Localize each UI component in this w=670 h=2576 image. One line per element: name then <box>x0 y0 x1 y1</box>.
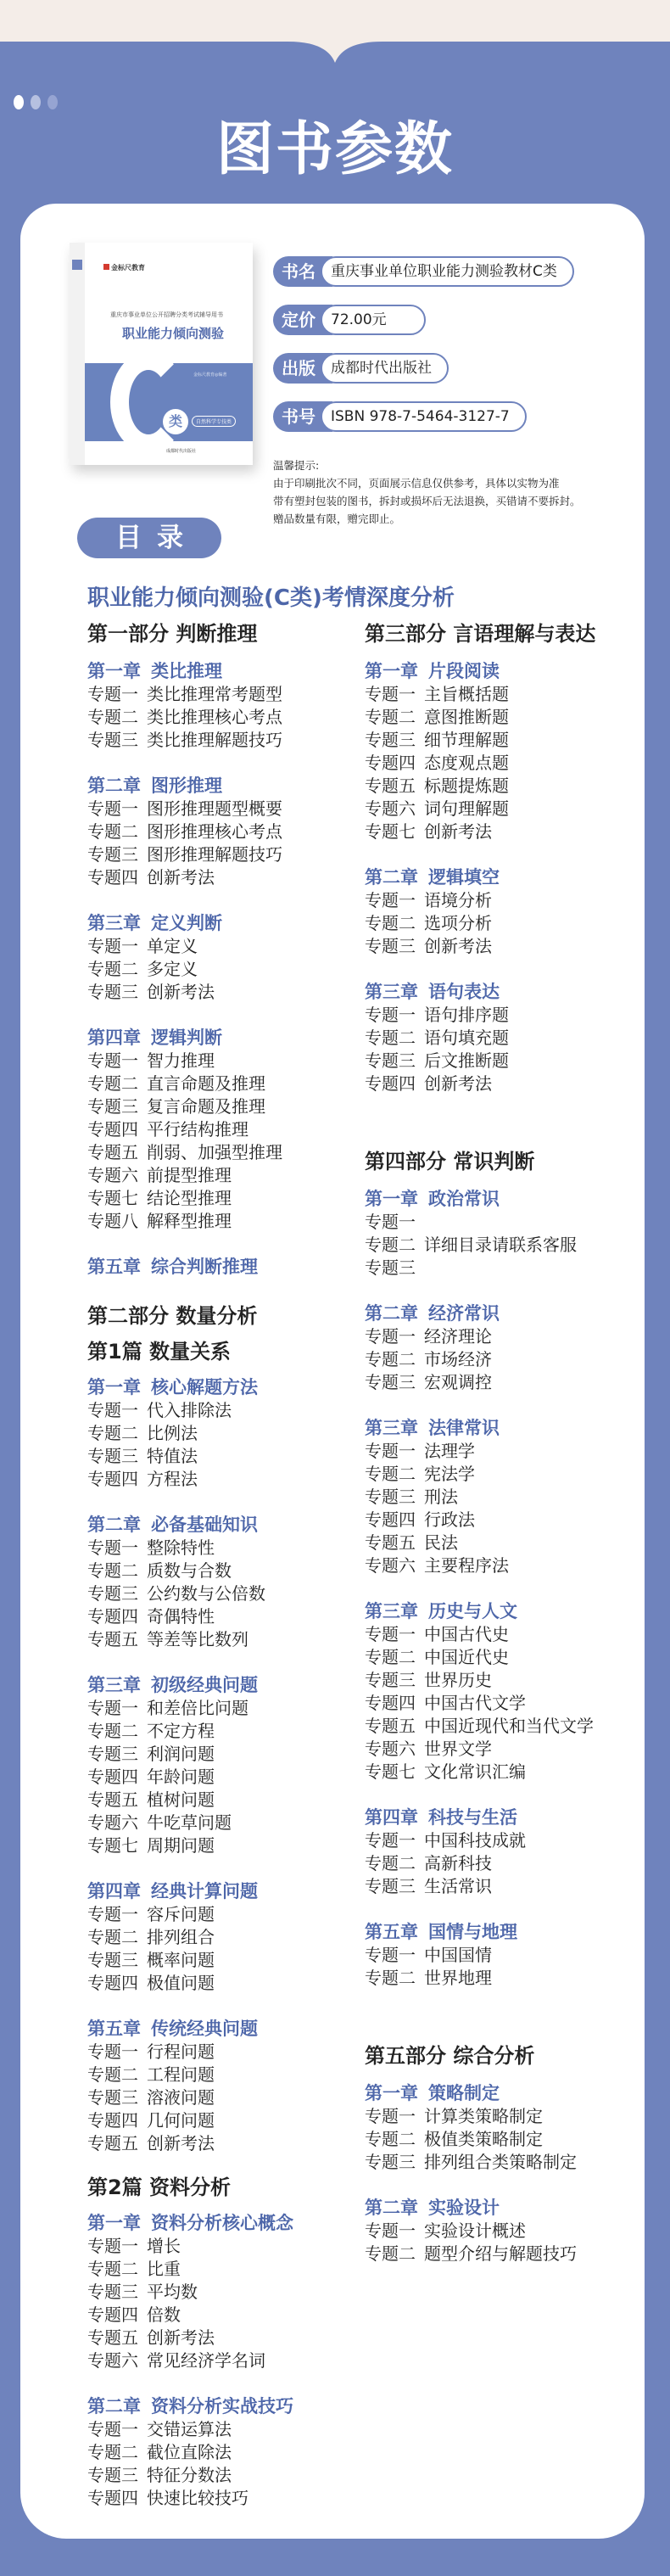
chapter-name: 传统经典问题 <box>151 2019 258 2039</box>
topic-name: 单定义 <box>147 936 198 956</box>
topic-item: 专题一经济理论 <box>365 1325 653 1348</box>
topic-item: 专题二选项分析 <box>365 912 653 935</box>
topic-item: 专题五标题提炼题 <box>365 775 653 798</box>
topic-item: 专题一中国古代史 <box>365 1623 653 1646</box>
topic-number: 专题三 <box>87 730 138 750</box>
topic-item: 专题三生活常识 <box>365 1875 653 1898</box>
topic-name: 选项分析 <box>424 913 492 933</box>
cover-title: 职业能力倾向测验 <box>122 324 224 342</box>
topic-item: 专题三细节理解题 <box>365 729 653 752</box>
notice: 温馨提示: 由于印刷批次不同，页面展示信息仅供参考，具体以实物为准 带有塑封包装… <box>273 456 581 528</box>
chapter: 第二章实验设计专题一实验设计概述专题二题型介绍与解题技巧 <box>365 2197 653 2265</box>
chapter: 第四章经典计算问题专题一容斥问题专题二排列组合专题三概率问题专题四极值问题 <box>87 1880 359 1995</box>
topic-name: 极值问题 <box>147 1973 215 1993</box>
chapter-name: 经典计算问题 <box>151 1881 258 1901</box>
topic-item: 专题四中国古代文学 <box>365 1692 653 1715</box>
chapter-name: 资料分析实战技巧 <box>151 2396 293 2416</box>
topic-number: 专题二 <box>365 1235 416 1255</box>
topic-item: 专题二高新科技 <box>365 1852 653 1875</box>
chapter-number: 第二章 <box>365 2198 418 2218</box>
topic-name: 不定方程 <box>147 1721 215 1741</box>
chapter-name: 类比推理 <box>151 661 222 681</box>
chapter-number: 第二章 <box>365 867 418 888</box>
cover-category-char: 类 <box>163 409 188 434</box>
chapter: 第四章逻辑判断专题一智力推理专题二直言命题及推理专题三复言命题及推理专题四平行结… <box>87 1027 359 1233</box>
param-value: 成都时代出版社 <box>321 353 449 384</box>
topic-item: 专题三概率问题 <box>87 1949 359 1972</box>
book-section-title: 第1篇 数量关系 <box>87 1337 359 1366</box>
topic-item: 专题二直言命题及推理 <box>87 1072 359 1095</box>
topic-name: 行政法 <box>424 1509 475 1530</box>
chapter-title: 第二章实验设计 <box>365 2197 653 2220</box>
topic-name: 前提型推理 <box>147 1165 232 1185</box>
chapter-title: 第五章国情与地理 <box>365 1921 653 1944</box>
topic-name: 创新考法 <box>424 1073 492 1094</box>
chapter-name: 政治常识 <box>428 1189 500 1209</box>
chapter: 第三章历史与人文专题一中国古代史专题二中国近代史专题三世界历史专题四中国古代文学… <box>365 1600 653 1784</box>
topic-number: 专题四 <box>365 1073 416 1094</box>
chapter-name: 策略制定 <box>428 2083 500 2103</box>
topic-number: 专题三 <box>365 730 416 750</box>
topic-name: 世界文学 <box>424 1739 492 1759</box>
topic-number: 专题六 <box>87 2350 138 2371</box>
topic-item: 专题三后文推断题 <box>365 1050 653 1072</box>
topic-name: 多定义 <box>147 959 198 979</box>
topic-number: 专题五 <box>365 776 416 796</box>
topic-item: 专题一中国科技成就 <box>365 1829 653 1852</box>
topic-name: 整除特性 <box>147 1537 215 1558</box>
topic-name: 植树问题 <box>147 1789 215 1810</box>
topic-number: 专题四 <box>87 1469 138 1489</box>
topic-name: 主旨概括题 <box>424 684 509 704</box>
topic-number: 专题二 <box>365 707 416 727</box>
topic-number: 专题一 <box>365 1326 416 1347</box>
topic-item: 专题四快速比较技巧 <box>87 2487 359 2510</box>
topic-number: 专题二 <box>365 1968 416 1988</box>
notice-line: 由于印刷批次不同，页面展示信息仅供参考，具体以实物为准 <box>273 474 581 492</box>
topic-item: 专题四方程法 <box>87 1468 359 1491</box>
chapter-number: 第三章 <box>365 982 418 1002</box>
topic-name: 容斥问题 <box>147 1904 215 1924</box>
chapter: 第五章传统经典问题专题一行程问题专题二工程问题专题三溶液问题专题四几何问题专题五… <box>87 2018 359 2155</box>
cover-tag: 自然科学专技类 <box>192 416 236 427</box>
topic-item: 专题二比重 <box>87 2258 359 2281</box>
topic-item: 专题二市场经济 <box>365 1348 653 1371</box>
part-title: 第五部分 综合分析 <box>365 2041 653 2070</box>
topic-number: 专题四 <box>87 2488 138 2508</box>
chapter-number: 第二章 <box>87 2396 141 2416</box>
topic-name: 实验设计概述 <box>424 2220 526 2241</box>
topic-name: 生活常识 <box>424 1876 492 1896</box>
analysis-title: 职业能力倾向测验(C类)考情深度分析 <box>87 580 455 612</box>
topic-item: 专题四极值问题 <box>87 1972 359 1995</box>
topic-item: 专题三 <box>365 1257 653 1280</box>
topic-item: 专题二语句填充题 <box>365 1027 653 1050</box>
topic-number: 专题二 <box>87 2259 138 2279</box>
topic-number: 专题七 <box>87 1188 138 1208</box>
notice-line: 赠品数量有限，赠完即止。 <box>273 510 581 528</box>
topic-name: 快速比较技巧 <box>147 2488 248 2508</box>
topic-item: 专题二截位直除法 <box>87 2441 359 2464</box>
topic-item: 专题一类比推理常考题型 <box>87 683 359 706</box>
book-params: 书名 重庆事业单位职业能力测验教材C类 定价 72.00元 出版 成都时代出版社… <box>273 256 574 450</box>
topic-number: 专题三 <box>87 1583 138 1604</box>
topic-item: 专题二工程问题 <box>87 2064 359 2086</box>
topic-item: 专题五中国近现代和当代文学 <box>365 1715 653 1738</box>
cover-series: 重庆市事业单位公开招聘分类考试辅导用书 <box>110 311 223 319</box>
chapter: 第二章经济常识专题一经济理论专题二市场经济专题三宏观调控 <box>365 1302 653 1394</box>
topic-number: 专题七 <box>87 1835 138 1856</box>
chapter-title: 第一章政治常识 <box>365 1188 653 1211</box>
chapter-title: 第一章类比推理 <box>87 660 359 683</box>
topic-item: 专题三创新考法 <box>365 935 653 958</box>
topic-item: 专题一交错运算法 <box>87 2418 359 2441</box>
topic-item: 专题五创新考法 <box>87 2327 359 2349</box>
topic-item: 专题二不定方程 <box>87 1720 359 1743</box>
topic-number: 专题六 <box>87 1812 138 1833</box>
notice-line: 带有塑封包装的图书，拆封或损坏后无法退换，买错请不要拆封。 <box>273 492 581 510</box>
chapter-number: 第五章 <box>87 1257 141 1277</box>
cover-c-letter-icon <box>110 351 187 453</box>
topic-item: 专题二图形推理核心考点 <box>87 820 359 843</box>
topic-item: 专题六世界文学 <box>365 1738 653 1761</box>
chapter-name: 图形推理 <box>151 776 222 796</box>
topic-item: 专题二多定义 <box>87 958 359 981</box>
chapter-number: 第三章 <box>87 913 141 933</box>
topic-item: 专题一图形推理题型概要 <box>87 798 359 820</box>
topic-number: 专题一 <box>87 2041 138 2062</box>
topic-name: 语境分析 <box>424 890 492 910</box>
topic-item: 专题四几何问题 <box>87 2109 359 2132</box>
chapter-number: 第三章 <box>87 1675 141 1695</box>
topic-item: 专题五创新考法 <box>87 2132 359 2155</box>
topic-name: 态度观点题 <box>424 753 509 773</box>
topic-number: 专题一 <box>365 2220 416 2241</box>
topic-item: 专题六词句理解题 <box>365 798 653 820</box>
topic-number: 专题三 <box>365 1257 416 1278</box>
topic-item: 专题五植树问题 <box>87 1789 359 1812</box>
spacer <box>365 1118 653 1147</box>
chapter-number: 第二章 <box>365 1303 418 1324</box>
topic-number: 专题一 <box>365 2106 416 2126</box>
topic-number: 专题二 <box>365 2129 416 2149</box>
chapter-name: 初级经典问题 <box>151 1675 258 1695</box>
topic-number: 专题二 <box>87 2442 138 2462</box>
topic-item: 专题二中国近代史 <box>365 1646 653 1669</box>
topic-item: 专题一 <box>365 1211 653 1234</box>
chapter-name: 逻辑填空 <box>428 867 500 888</box>
topic-name: 直言命题及推理 <box>147 1073 265 1094</box>
spacer <box>365 2013 653 2041</box>
topic-number: 专题三 <box>365 1876 416 1896</box>
topic-item: 专题五等差等比数列 <box>87 1628 359 1651</box>
topic-item: 专题一增长 <box>87 2235 359 2258</box>
topic-item: 专题五削弱、加强型推理 <box>87 1141 359 1164</box>
topic-number: 专题一 <box>87 2419 138 2439</box>
topic-name: 方程法 <box>147 1469 198 1489</box>
topic-number: 专题一 <box>365 1441 416 1461</box>
topic-item: 专题二排列组合 <box>87 1926 359 1949</box>
topic-number: 专题三 <box>365 1670 416 1690</box>
topic-number: 专题五 <box>87 1142 138 1162</box>
topic-item: 专题一语境分析 <box>365 889 653 912</box>
topic-name: 刑法 <box>424 1487 458 1507</box>
topic-number: 专题二 <box>365 1853 416 1873</box>
topic-number: 专题四 <box>87 1606 138 1627</box>
topic-name: 和差倍比问题 <box>147 1698 248 1718</box>
chapter-number: 第三章 <box>365 1601 418 1621</box>
topic-item: 专题七周期问题 <box>87 1834 359 1857</box>
topic-number: 专题五 <box>365 1716 416 1736</box>
chapter-number: 第三章 <box>365 1418 418 1438</box>
top-background <box>0 0 670 42</box>
topic-number: 专题一 <box>87 1537 138 1558</box>
topic-name: 质数与合数 <box>147 1560 232 1581</box>
param-isbn: 书号 ISBN 978-7-5464-3127-7 <box>273 401 574 432</box>
chapter-name: 核心解题方法 <box>151 1377 258 1397</box>
chapter: 第一章策略制定专题一计算类策略制定专题二极值类策略制定专题三排列组合类策略制定 <box>365 2082 653 2174</box>
topic-item: 专题四行政法 <box>365 1509 653 1532</box>
topic-name: 意图推断题 <box>424 707 509 727</box>
chapter-name: 经济常识 <box>428 1303 500 1324</box>
topic-item: 专题七文化常识汇编 <box>365 1761 653 1784</box>
topic-number: 专题三 <box>87 2087 138 2108</box>
chapter-number: 第五章 <box>87 2019 141 2039</box>
topic-number: 专题八 <box>87 1211 138 1231</box>
topic-name: 平均数 <box>147 2282 198 2302</box>
chapter-number: 第二章 <box>87 1515 141 1535</box>
topic-name: 行程问题 <box>147 2041 215 2062</box>
part-title: 第一部分 判断推理 <box>87 619 359 648</box>
topic-item: 专题二极值类策略制定 <box>365 2128 653 2151</box>
topic-item: 专题三排列组合类策略制定 <box>365 2151 653 2174</box>
topic-item: 专题二质数与合数 <box>87 1560 359 1582</box>
topic-number: 专题一 <box>87 1050 138 1071</box>
topic-number: 专题二 <box>87 1721 138 1741</box>
topic-number: 专题一 <box>365 1624 416 1644</box>
chapter-title: 第一章核心解题方法 <box>87 1376 359 1399</box>
topic-number: 专题四 <box>365 753 416 773</box>
topic-number: 专题二 <box>365 1464 416 1484</box>
topic-name: 创新考法 <box>147 982 215 1002</box>
topic-item: 专题四平行结构推理 <box>87 1118 359 1141</box>
chapter-name: 资料分析核心概念 <box>151 2213 293 2233</box>
chapter: 第五章综合判断推理 <box>87 1256 359 1279</box>
topic-item: 专题四奇偶特性 <box>87 1605 359 1628</box>
topic-item: 专题二世界地理 <box>365 1967 653 1990</box>
topic-name: 年龄问题 <box>147 1767 215 1787</box>
chapter: 第四章科技与生活专题一中国科技成就专题二高新科技专题三生活常识 <box>365 1806 653 1898</box>
chapter: 第三章法律常识专题一法理学专题二宪法学专题三刑法专题四行政法专题五民法专题六主要… <box>365 1417 653 1577</box>
topic-item: 专题四创新考法 <box>87 866 359 889</box>
chapter-name: 历史与人文 <box>428 1601 517 1621</box>
topic-item: 专题六前提型推理 <box>87 1164 359 1187</box>
topic-item: 专题三利润问题 <box>87 1743 359 1766</box>
chapter-number: 第一章 <box>87 1377 141 1397</box>
chapter-title: 第二章图形推理 <box>87 775 359 798</box>
topic-name: 周期问题 <box>147 1835 215 1856</box>
topic-name: 结论型推理 <box>147 1188 232 1208</box>
chapter-number: 第二章 <box>87 776 141 796</box>
chapter-number: 第一章 <box>87 2213 141 2233</box>
chapter: 第三章定义判断专题一单定义专题二多定义专题三创新考法 <box>87 912 359 1004</box>
topic-number: 专题一 <box>87 798 138 819</box>
topic-item: 专题三创新考法 <box>87 981 359 1004</box>
spine-logo-icon <box>72 260 82 270</box>
topic-number: 专题二 <box>87 1073 138 1094</box>
topic-item: 专题一代入排除法 <box>87 1399 359 1422</box>
topic-number: 专题一 <box>87 936 138 956</box>
topic-number: 专题六 <box>365 798 416 819</box>
notice-heading: 温馨提示: <box>273 456 581 474</box>
chapter: 第二章逻辑填空专题一语境分析专题二选项分析专题三创新考法 <box>365 866 653 958</box>
chapter-title: 第三章法律常识 <box>365 1417 653 1440</box>
topic-number: 专题二 <box>365 2243 416 2264</box>
topic-number: 专题二 <box>87 1560 138 1581</box>
param-value: ISBN 978-7-5464-3127-7 <box>321 401 527 432</box>
topic-name: 解释型推理 <box>147 1211 232 1231</box>
topic-name: 宪法学 <box>424 1464 475 1484</box>
chapter-title: 第三章定义判断 <box>87 912 359 935</box>
chapter-title: 第三章历史与人文 <box>365 1600 653 1623</box>
chapter: 第一章政治常识专题一专题二详细目录请联系客服专题三 <box>365 1188 653 1280</box>
topic-name: 利润问题 <box>147 1744 215 1764</box>
topic-number: 专题五 <box>365 1532 416 1553</box>
chapter-name: 国情与地理 <box>428 1922 517 1942</box>
chapter: 第二章资料分析实战技巧专题一交错运算法专题二截位直除法专题三特征分数法专题四快速… <box>87 2395 359 2510</box>
topic-number: 专题四 <box>87 2304 138 2325</box>
topic-item: 专题三平均数 <box>87 2281 359 2304</box>
topic-name: 世界地理 <box>424 1968 492 1988</box>
topic-item: 专题四态度观点题 <box>365 752 653 775</box>
topic-name: 增长 <box>147 2236 181 2256</box>
topic-item: 专题二题型介绍与解题技巧 <box>365 2243 653 2265</box>
topic-name: 等差等比数列 <box>147 1629 248 1649</box>
topic-name: 创新考法 <box>147 867 215 888</box>
topic-name: 类比推理解题技巧 <box>147 730 282 750</box>
topic-name: 溶液问题 <box>147 2087 215 2108</box>
topic-number: 专题五 <box>87 1789 138 1810</box>
topic-item: 专题四创新考法 <box>365 1072 653 1095</box>
topic-number: 专题一 <box>365 1005 416 1025</box>
topic-number: 专题三 <box>87 2282 138 2302</box>
topic-number: 专题六 <box>87 1165 138 1185</box>
topic-number: 专题一 <box>365 890 416 910</box>
topic-name: 市场经济 <box>424 1349 492 1369</box>
topic-name: 中国古代史 <box>424 1624 509 1644</box>
param-title: 书名 重庆事业单位职业能力测验教材C类 <box>273 256 574 287</box>
chapter: 第二章必备基础知识专题一整除特性专题二质数与合数专题三公约数与公倍数专题四奇偶特… <box>87 1514 359 1651</box>
topic-name: 特值法 <box>147 1446 198 1466</box>
topic-name: 标题提炼题 <box>424 776 509 796</box>
topic-name: 创新考法 <box>147 2327 215 2348</box>
topic-number: 专题一 <box>87 1904 138 1924</box>
topic-item: 专题二详细目录请联系客服 <box>365 1234 653 1257</box>
chapter: 第一章资料分析核心概念专题一增长专题二比重专题三平均数专题四倍数专题五创新考法专… <box>87 2212 359 2372</box>
topic-item: 专题三溶液问题 <box>87 2086 359 2109</box>
topic-name: 中国科技成就 <box>424 1830 526 1851</box>
topic-number: 专题三 <box>87 1744 138 1764</box>
toc-right-column: 第三部分 言语理解与表达第一章片段阅读专题一主旨概括题专题二意图推断题专题三细节… <box>365 619 653 2288</box>
topic-number: 专题四 <box>87 1119 138 1140</box>
topic-name: 比重 <box>147 2259 181 2279</box>
chapter: 第一章片段阅读专题一主旨概括题专题二意图推断题专题三细节理解题专题四态度观点题专… <box>365 660 653 843</box>
part-title: 第二部分 数量分析 <box>87 1302 359 1330</box>
topic-item: 专题三宏观调控 <box>365 1371 653 1394</box>
topic-number: 专题三 <box>365 936 416 956</box>
chapter: 第一章类比推理专题一类比推理常考题型专题二类比推理核心考点专题三类比推理解题技巧 <box>87 660 359 752</box>
topic-name: 比例法 <box>147 1423 198 1443</box>
topic-number: 专题二 <box>365 913 416 933</box>
topic-number: 专题三 <box>87 1950 138 1970</box>
chapter-name: 必备基础知识 <box>151 1515 258 1535</box>
chapter-title: 第二章经济常识 <box>365 1302 653 1325</box>
topic-item: 专题三特值法 <box>87 1445 359 1468</box>
topic-number: 专题一 <box>87 1698 138 1718</box>
chapter-title: 第一章片段阅读 <box>365 660 653 683</box>
topic-name: 奇偶特性 <box>147 1606 215 1627</box>
topic-item: 专题二意图推断题 <box>365 706 653 729</box>
chapter-number: 第一章 <box>365 661 418 681</box>
chapter-title: 第一章资料分析核心概念 <box>87 2212 359 2235</box>
topic-number: 专题五 <box>87 1629 138 1649</box>
topic-number: 专题一 <box>365 1212 416 1232</box>
chapter-title: 第四章经典计算问题 <box>87 1880 359 1903</box>
book-cover-image: 金标尺教育 重庆市事业单位公开招聘分类考试辅导用书 职业能力倾向测验 金标尺教育… <box>70 243 253 465</box>
topic-number: 专题三 <box>365 1487 416 1507</box>
topic-item: 专题四倍数 <box>87 2304 359 2327</box>
chapter-title: 第四章科技与生活 <box>365 1806 653 1829</box>
toc-left-column: 第一部分 判断推理第一章类比推理专题一类比推理常考题型专题二类比推理核心考点专题… <box>87 619 359 2533</box>
topic-name: 后文推断题 <box>424 1050 509 1071</box>
topic-name: 极值类策略制定 <box>424 2129 543 2149</box>
topic-item: 专题六常见经济学名词 <box>87 2349 359 2372</box>
topic-number: 专题二 <box>87 821 138 842</box>
topic-item: 专题三公约数与公倍数 <box>87 1582 359 1605</box>
topic-number: 专题六 <box>365 1555 416 1576</box>
topic-name: 文化常识汇编 <box>424 1761 526 1782</box>
topic-number: 专题四 <box>87 2110 138 2131</box>
param-value: 72.00元 <box>321 305 426 335</box>
topic-number: 专题一 <box>87 2236 138 2256</box>
chapter-name: 实验设计 <box>428 2198 500 2218</box>
topic-name: 削弱、加强型推理 <box>147 1142 282 1162</box>
topic-number: 专题二 <box>87 959 138 979</box>
topic-name: 细节理解题 <box>424 730 509 750</box>
topic-name: 世界历史 <box>424 1670 492 1690</box>
topic-number: 专题四 <box>87 867 138 888</box>
topic-item: 专题三复言命题及推理 <box>87 1095 359 1118</box>
topic-number: 专题三 <box>87 2465 138 2485</box>
topic-name: 创新考法 <box>424 936 492 956</box>
topic-name: 宏观调控 <box>424 1372 492 1392</box>
topic-item: 专题二宪法学 <box>365 1463 653 1486</box>
topic-number: 专题二 <box>87 1423 138 1443</box>
topic-item: 专题二类比推理核心考点 <box>87 706 359 729</box>
chapter-number: 第一章 <box>365 2083 418 2103</box>
topic-name: 工程问题 <box>147 2064 215 2085</box>
topic-item: 专题一单定义 <box>87 935 359 958</box>
topic-number: 专题一 <box>365 1945 416 1965</box>
chapter-title: 第五章综合判断推理 <box>87 1256 359 1279</box>
topic-item: 专题一行程问题 <box>87 2041 359 2064</box>
topic-item: 专题一法理学 <box>365 1440 653 1463</box>
topic-number: 专题三 <box>87 1446 138 1466</box>
topic-item: 专题七结论型推理 <box>87 1187 359 1210</box>
topic-name: 牛吃草问题 <box>147 1812 232 1833</box>
topic-number: 专题一 <box>87 1400 138 1420</box>
topic-number: 专题五 <box>87 2133 138 2153</box>
